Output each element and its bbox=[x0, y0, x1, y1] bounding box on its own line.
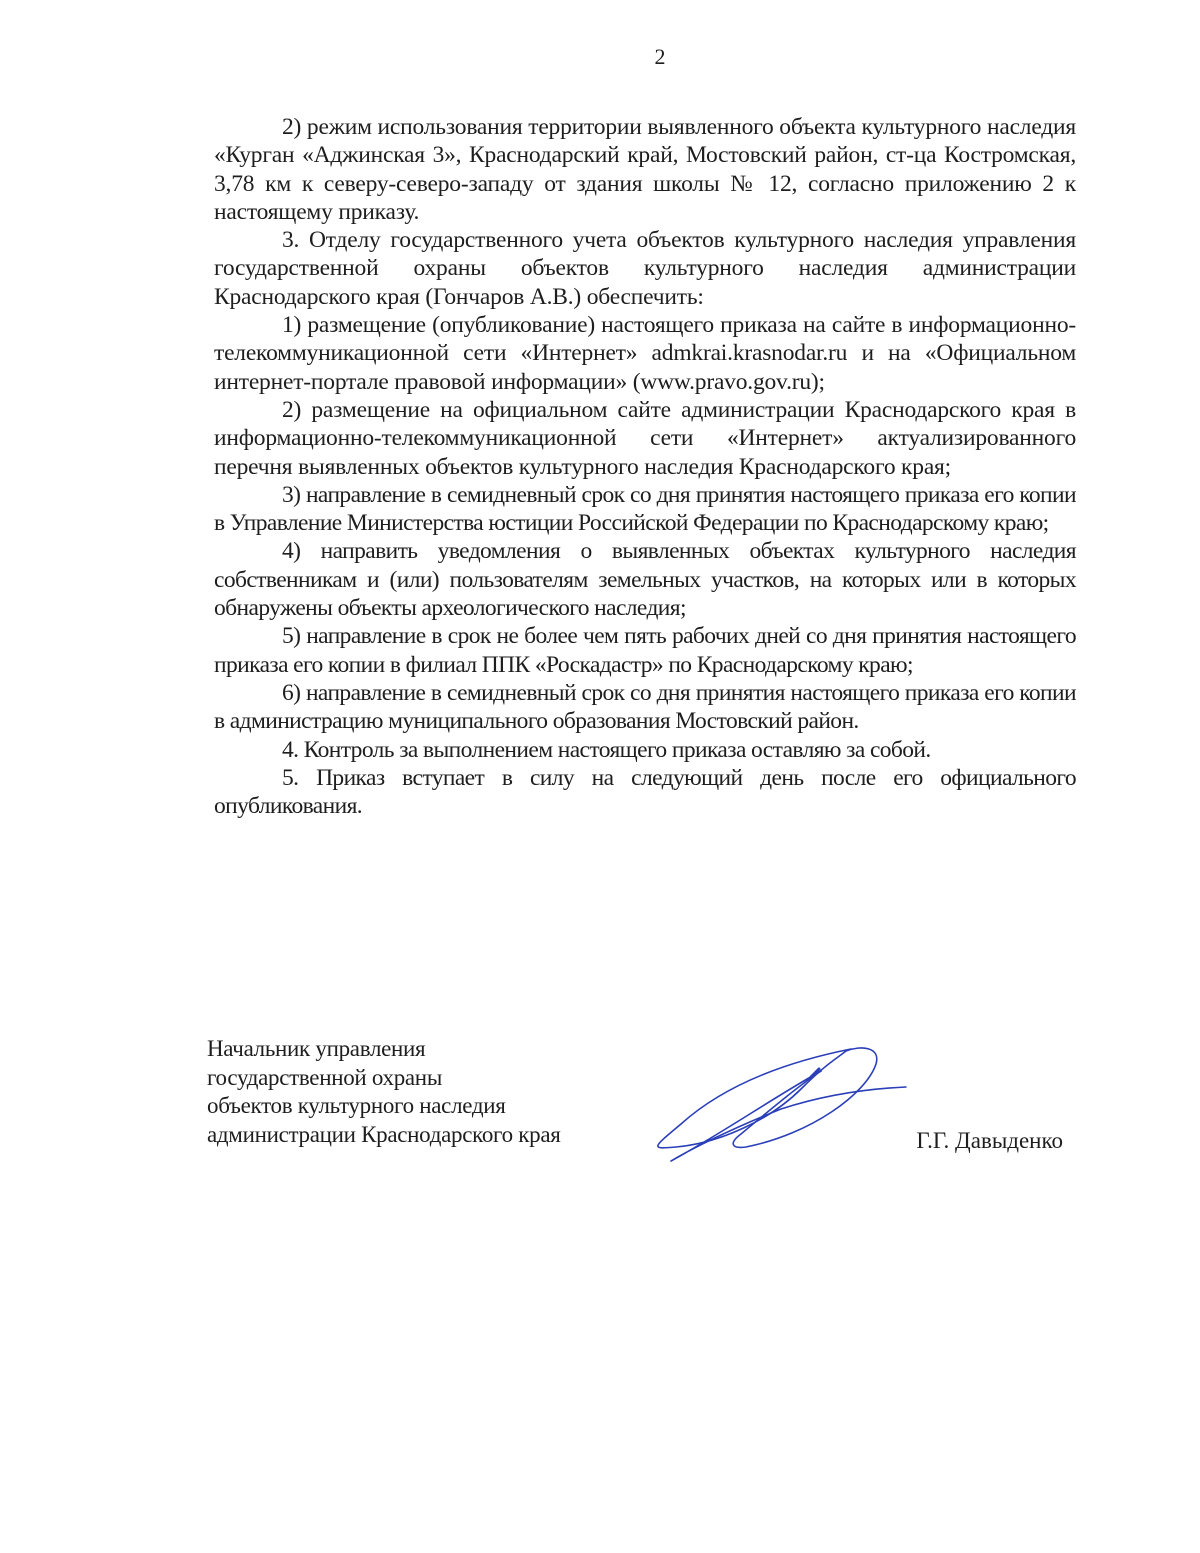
page-number: 2 bbox=[0, 44, 1200, 70]
paragraph-subitem-3: 3) направление в семидневный срок со дня… bbox=[214, 481, 1076, 538]
paragraph-subitem-5: 5) направление в срок не более чем пять … bbox=[214, 622, 1076, 679]
paragraph-subitem-6: 6) направление в семидневный срок со дня… bbox=[214, 679, 1076, 736]
signer-title: Начальник управления государственной охр… bbox=[207, 1035, 561, 1149]
signer-title-line: государственной охраны bbox=[207, 1064, 561, 1093]
paragraph-subitem-1: 1) размещение (опубликование) настоящего… bbox=[214, 311, 1076, 396]
signer-title-line: объектов культурного наследия bbox=[207, 1092, 561, 1121]
paragraph-subitem-4: 4) направить уведомления о выявленных об… bbox=[214, 537, 1076, 622]
document-body: 2) режим использования территории выявле… bbox=[214, 113, 1076, 820]
paragraph-territory-regime: 2) режим использования территории выявле… bbox=[214, 113, 1076, 226]
handwritten-signature-icon bbox=[651, 1039, 911, 1169]
paragraph-item-5: 5. Приказ вступает в силу на следующий д… bbox=[214, 764, 1076, 821]
signature-block: Начальник управления государственной охр… bbox=[207, 1035, 1067, 1175]
signer-title-line: Начальник управления bbox=[207, 1035, 561, 1064]
paragraph-item-4: 4. Контроль за выполнением настоящего пр… bbox=[214, 736, 1076, 764]
signer-name: Г.Г. Давыденко bbox=[916, 1127, 1063, 1156]
paragraph-item-3: 3. Отделу государственного учета объекто… bbox=[214, 226, 1076, 311]
signer-title-line: администрации Краснодарского края bbox=[207, 1121, 561, 1150]
paragraph-subitem-2: 2) размещение на официальном сайте админ… bbox=[214, 396, 1076, 481]
